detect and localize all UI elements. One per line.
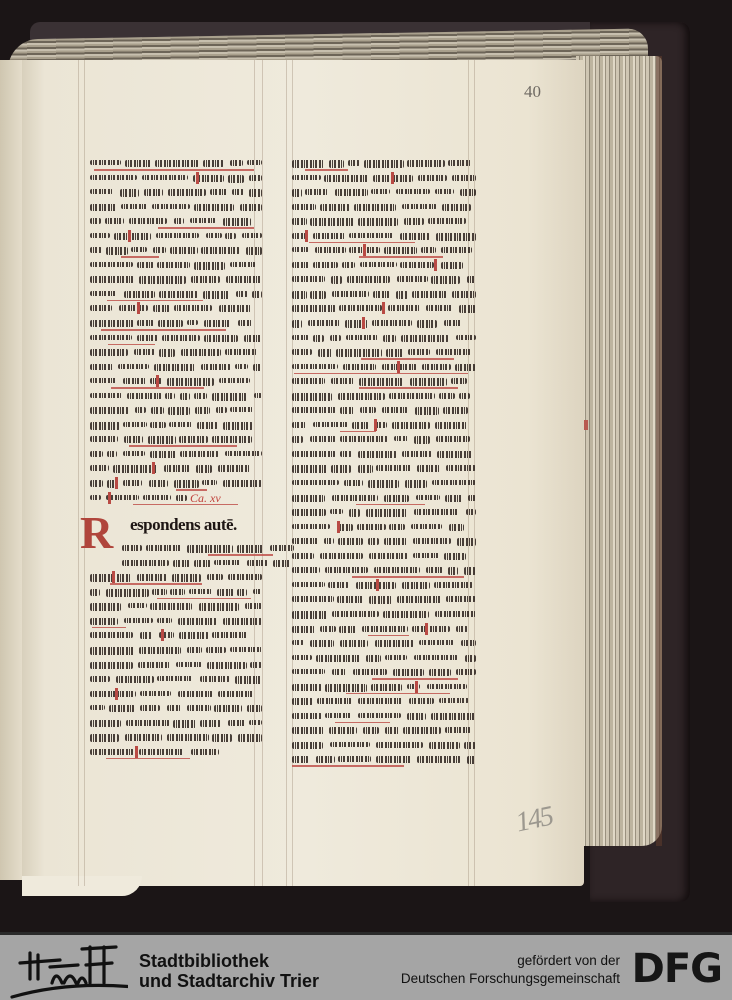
manuscript-text-line	[90, 745, 266, 760]
rubric-mark	[108, 492, 111, 504]
margin-rubric-mark	[584, 420, 588, 430]
manuscript-text-line	[90, 316, 266, 331]
manuscript-text-line	[292, 505, 476, 520]
manuscript-text-line	[122, 556, 266, 571]
manuscript-text-line	[292, 243, 476, 258]
manuscript-text-line	[292, 636, 476, 651]
manuscript-text-line	[292, 665, 476, 680]
rubric-mark	[196, 172, 199, 184]
chapter-rubric: Ca. xv	[190, 491, 221, 506]
library-name: Stadtbibliothek und Stadtarchiv Trier	[139, 951, 319, 991]
manuscript-text-line	[292, 316, 476, 331]
manuscript-text-line	[90, 345, 266, 360]
manuscript-text-line	[292, 578, 476, 593]
manuscript-text-line	[90, 287, 266, 302]
manuscript-text-line	[90, 374, 266, 389]
manuscript-text-line	[90, 301, 266, 316]
manuscript-text-line	[292, 520, 476, 535]
rubric-mark	[425, 623, 428, 635]
manuscript-text-line	[292, 432, 476, 447]
manuscript-text-line	[90, 418, 266, 433]
rubric-mark	[376, 579, 379, 591]
rubric-mark	[382, 302, 385, 314]
folio-number: 40	[524, 82, 541, 102]
page-block-fore-edge	[576, 56, 662, 846]
rubric-mark	[415, 681, 418, 693]
section-heading: Respondens autē.	[90, 511, 266, 541]
rubric-mark	[391, 172, 394, 184]
manuscript-text-line	[90, 628, 266, 643]
library-name-line1: Stadtbibliothek	[139, 951, 319, 971]
manuscript-text-line	[292, 200, 476, 215]
manuscript-text-line	[292, 345, 476, 360]
text-column-right	[292, 156, 476, 767]
manuscript-text-line	[90, 585, 266, 600]
manuscript-text-line	[90, 185, 266, 200]
rubric-mark	[397, 361, 400, 373]
manuscript-text-line	[90, 171, 266, 186]
manuscript-text-line	[292, 549, 476, 564]
manuscript-text-line	[90, 730, 266, 745]
manuscript-text-line	[292, 592, 476, 607]
funding-caption: gefördert von der Deutschen Forschungsge…	[401, 952, 620, 988]
manuscript-text-line	[90, 258, 266, 273]
manuscript-text-line	[292, 229, 476, 244]
rubric-mark	[362, 317, 365, 329]
rubric-mark	[374, 419, 377, 431]
manuscript-text-line	[90, 476, 266, 491]
drop-cap-initial: R	[80, 511, 113, 555]
funding-caption-line1: gefördert von der	[401, 952, 620, 970]
manuscript-text-line	[90, 599, 266, 614]
rubric-mark	[434, 259, 437, 271]
footer-bar: Stadtbibliothek und Stadtarchiv Trier ge…	[0, 932, 732, 1000]
manuscript-text-line	[292, 360, 476, 375]
rubric-mark	[305, 230, 308, 242]
manuscript-text-line	[90, 214, 266, 229]
manuscript-text-line	[90, 716, 266, 731]
manuscript-text-line	[292, 738, 476, 753]
manuscript-text-line	[90, 156, 266, 171]
manuscript-text-line	[292, 389, 476, 404]
manuscript-text-line	[90, 389, 266, 404]
rubric-mark	[156, 375, 159, 387]
manuscript-text-line	[292, 534, 476, 549]
manuscript-text-line	[90, 272, 266, 287]
rubric-mark	[115, 477, 118, 489]
manuscript-text-line	[90, 672, 266, 687]
manuscript-text-line	[90, 461, 266, 476]
manuscript-text-line	[292, 680, 476, 695]
manuscript-text-line	[292, 723, 476, 738]
rubric-mark	[128, 230, 131, 242]
manuscript-text-line	[292, 476, 476, 491]
dfg-logo: DFG	[632, 947, 722, 991]
rubric-mark	[135, 746, 138, 758]
manuscript-text-line	[292, 287, 476, 302]
rubric-mark	[137, 302, 140, 314]
manuscript-text-line	[292, 491, 476, 506]
manuscript-text-line	[90, 643, 266, 658]
rubric-mark	[337, 521, 340, 533]
stadtbibliothek-logo-icon	[8, 943, 128, 999]
manuscript-text-line	[90, 331, 266, 346]
manuscript-text-line	[292, 563, 476, 578]
rubric-mark	[152, 462, 155, 474]
manuscript-text-line	[292, 461, 476, 476]
manuscript-text-line	[90, 614, 266, 629]
manuscript-text-line	[90, 658, 266, 673]
manuscript-text-line	[292, 156, 476, 171]
manuscript-scan: Ca. xvRespondens autē. 40 145	[0, 0, 732, 932]
manuscript-text-line	[292, 709, 476, 724]
manuscript-text-line	[292, 374, 476, 389]
manuscript-text-line	[90, 447, 266, 462]
manuscript-text-line	[292, 272, 476, 287]
manuscript-text-line	[292, 301, 476, 316]
rubric-mark	[363, 244, 366, 256]
manuscript-text-line	[292, 447, 476, 462]
library-name-line2: und Stadtarchiv Trier	[139, 971, 319, 991]
manuscript-page: Ca. xvRespondens autē.	[22, 60, 584, 886]
manuscript-text-line	[90, 570, 266, 585]
manuscript-text-line	[90, 432, 266, 447]
rubric-mark	[112, 571, 115, 583]
manuscript-text-line	[292, 607, 476, 622]
manuscript-text-line	[292, 171, 476, 186]
manuscript-text-line	[90, 687, 266, 702]
manuscript-text-line	[292, 651, 476, 666]
manuscript-text-line	[292, 258, 476, 273]
manuscript-text-line	[292, 331, 476, 346]
rubric-mark	[161, 629, 164, 641]
manuscript-text-line	[292, 214, 476, 229]
manuscript-text-line	[90, 360, 266, 375]
manuscript-text-line	[292, 622, 476, 637]
manuscript-text-line	[90, 243, 266, 258]
manuscript-text-line: Ca. xv	[90, 491, 266, 506]
funding-caption-line2: Deutschen Forschungsgemeinschaft	[401, 970, 620, 988]
manuscript-text-line	[292, 418, 476, 433]
manuscript-text-line	[90, 403, 266, 418]
heading-text: espondens autē.	[130, 515, 237, 535]
rubric-mark	[115, 688, 118, 700]
manuscript-text-line	[90, 229, 266, 244]
manuscript-text-line	[292, 403, 476, 418]
manuscript-text-line	[90, 200, 266, 215]
text-column-left: Ca. xvRespondens autē.	[90, 156, 266, 759]
manuscript-text-line	[292, 185, 476, 200]
manuscript-text-line	[292, 752, 476, 767]
facing-page-sliver	[0, 60, 24, 880]
manuscript-text-line	[292, 694, 476, 709]
manuscript-text-line	[122, 541, 266, 556]
manuscript-text-line	[90, 701, 266, 716]
